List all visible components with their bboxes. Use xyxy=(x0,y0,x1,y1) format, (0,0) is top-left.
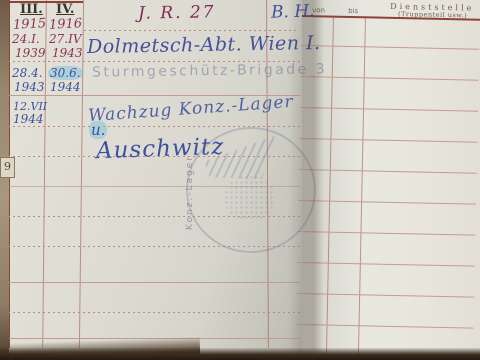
row-line xyxy=(84,30,298,31)
right-row-line xyxy=(301,76,479,81)
right-row-line xyxy=(297,231,475,236)
date-row1-col3: 1915 xyxy=(13,16,47,33)
document-photo: von bis Dienststelle (Truppenteil usw.) … xyxy=(0,0,480,360)
page-edge-number: 9 xyxy=(0,157,15,178)
row-line xyxy=(8,312,300,313)
date-row2b-col3: 1939 xyxy=(15,46,46,60)
date-row1-col4: 1916 xyxy=(49,16,83,33)
stamp-center-blob xyxy=(224,175,276,221)
date-row2-col3: 24.I. xyxy=(12,32,40,46)
unit-entry-jr27: J. R. 27 xyxy=(138,2,216,23)
col4-header: IV. xyxy=(56,2,74,17)
book-left-edge xyxy=(0,0,9,360)
photo-bottom-edge xyxy=(0,348,480,360)
date-row4b-col3: 1944 xyxy=(13,112,44,126)
right-col-header-bis: bis xyxy=(348,7,358,15)
page-fold-shadow xyxy=(288,0,324,360)
date-row3b-col3: 1943 xyxy=(14,80,45,94)
right-row-line xyxy=(299,138,477,143)
date-row3-col4: 30.6. xyxy=(48,66,83,80)
right-row-line xyxy=(298,200,476,205)
date-row3-col3: 28.4. xyxy=(12,66,43,80)
date-row3b-col4: 1944 xyxy=(50,80,81,94)
stamp-ring-text: Konz.-Lager xyxy=(185,155,195,230)
date-row2b-col4: 1943 xyxy=(52,46,83,60)
date-row2-col4: 27.IV xyxy=(49,32,82,46)
entry-u-note: u. xyxy=(89,121,107,139)
entry-dolmetsch: Dolmetsch-Abt. Wien I. xyxy=(87,32,321,58)
right-row-line xyxy=(300,107,478,112)
u-note-text: u. xyxy=(89,121,107,139)
row-line xyxy=(8,282,300,283)
right-col-line-2 xyxy=(358,16,366,360)
right-row-line xyxy=(301,45,479,50)
right-row-line xyxy=(299,169,477,174)
col3-header: III. xyxy=(20,2,43,17)
right-col-subheader-truppenteil: (Truppenteil usw.) xyxy=(398,10,467,19)
